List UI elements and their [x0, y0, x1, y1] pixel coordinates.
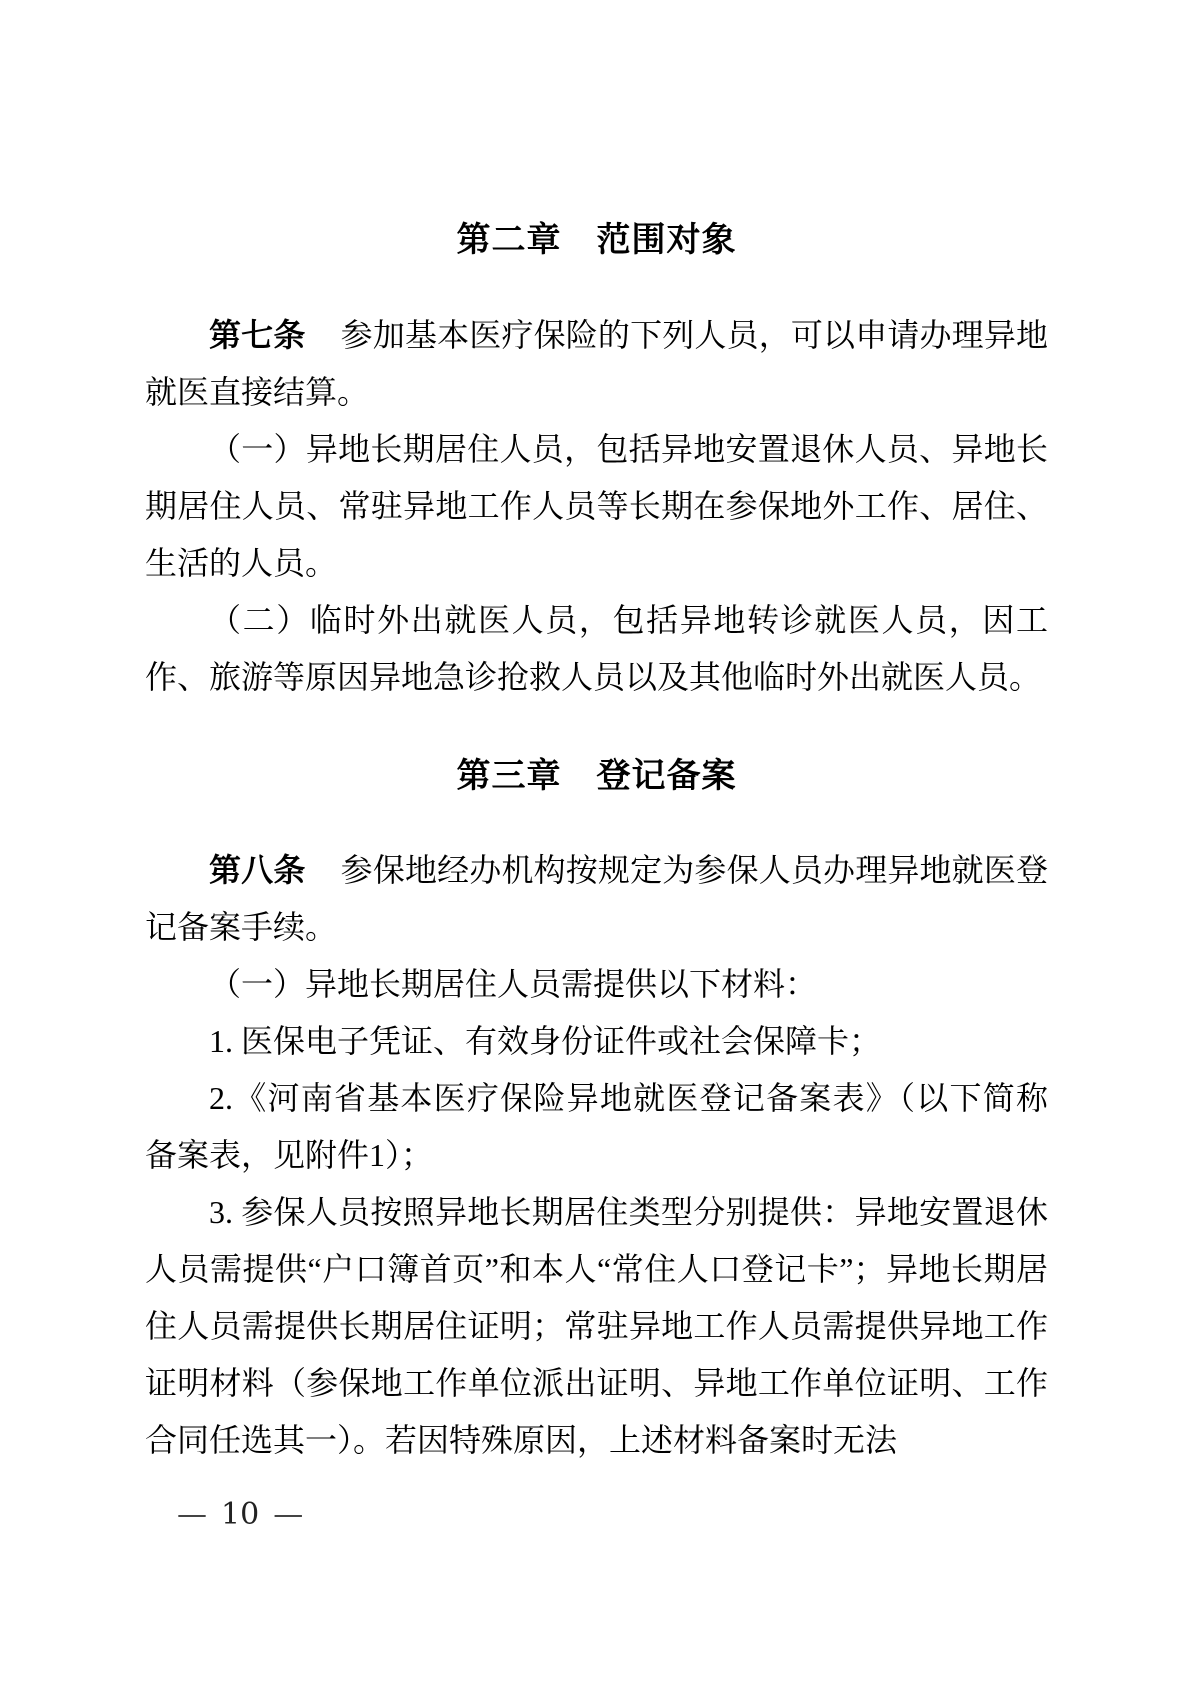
article-8-material-2: 2.《河南省基本医疗保险异地就医登记备案表》（以下简称备案表，见附件1）；: [145, 1070, 1048, 1184]
article-7-item-1: （一）异地长期居住人员，包括异地安置退休人员、异地长期居住人员、常驻异地工作人员…: [145, 421, 1048, 592]
chapter-3-heading: 第三章 登记备案: [145, 754, 1048, 798]
document-page: 第二章 范围对象 第七条参加基本医疗保险的下列人员，可以申请办理异地就医直接结算…: [0, 0, 1190, 1683]
article-7-item-2: （二）临时外出就医人员，包括异地转诊就医人员，因工作、旅游等原因异地急诊抢救人员…: [145, 592, 1048, 706]
article-8-item-1: （一）异地长期居住人员需提供以下材料：: [145, 956, 1048, 1013]
chapter-2-heading: 第二章 范围对象: [145, 218, 1048, 262]
article-7-paragraph: 第七条参加基本医疗保险的下列人员，可以申请办理异地就医直接结算。: [145, 307, 1048, 421]
page-footer: — 10 —: [177, 1497, 303, 1532]
page-number: 10: [221, 1497, 259, 1532]
article-7-label: 第七条: [209, 317, 305, 353]
article-8-material-1: 1. 医保电子凭证、有效身份证件或社会保障卡；: [145, 1013, 1048, 1070]
article-8-label: 第八条: [209, 852, 305, 888]
article-8-paragraph: 第八条参保地经办机构按规定为参保人员办理异地就医登记备案手续。: [145, 842, 1048, 956]
footer-right-dash: —: [273, 1497, 303, 1532]
page-content: 第二章 范围对象 第七条参加基本医疗保险的下列人员，可以申请办理异地就医直接结算…: [145, 0, 1048, 1469]
footer-left-dash: —: [177, 1497, 207, 1532]
article-8-material-3: 3. 参保人员按照异地长期居住类型分别提供：异地安置退休人员需提供“户口簿首页”…: [145, 1184, 1048, 1469]
